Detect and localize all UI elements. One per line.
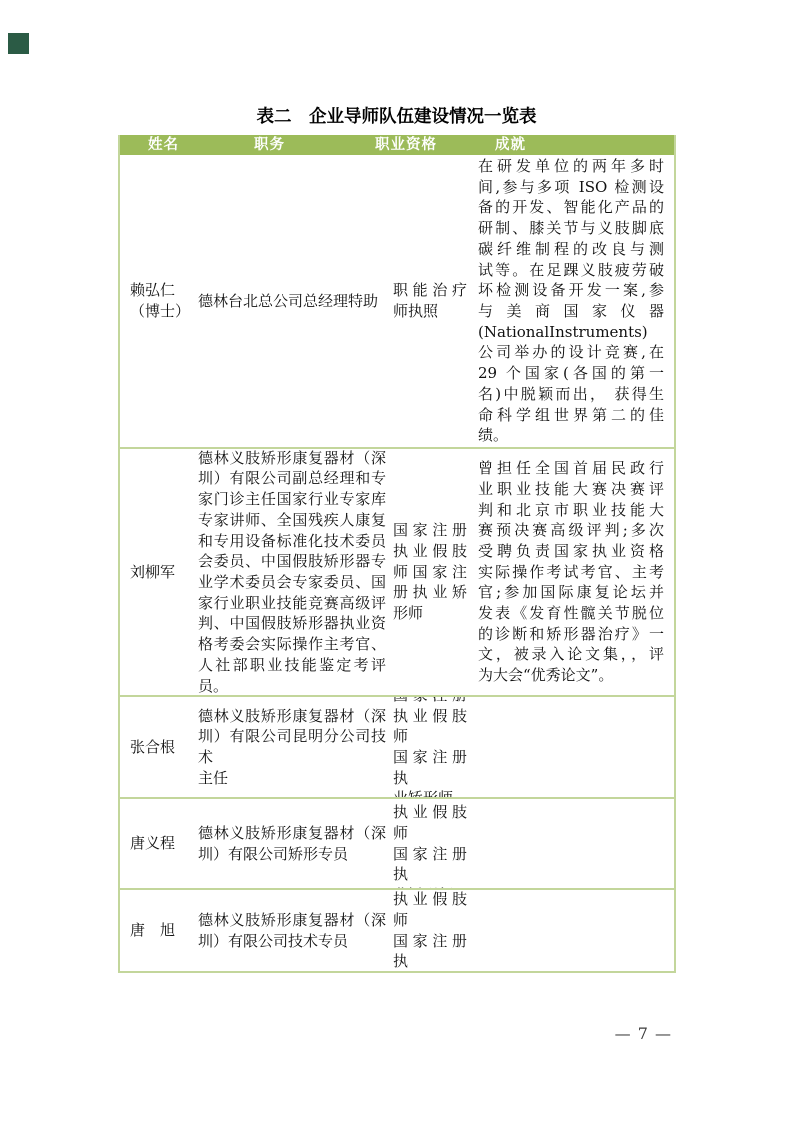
cell-qualification: 国家注册执业假肢师国家注册执业矫形师	[388, 799, 470, 888]
cell-achievement	[470, 697, 674, 797]
cell-qualification: 国家注册执业假肢师国家注册执业矫形师	[388, 697, 470, 797]
corner-decoration-square	[8, 33, 29, 54]
document-page: { "decor": { "corner_square_color": "#2b…	[0, 0, 793, 1122]
table-row: 唐义程 德林义肢矫形康复器材（深圳）有限公司矫形专员 国家注册执业假肢师国家注册…	[120, 797, 674, 888]
cell-name: 刘柳军	[120, 449, 190, 695]
cell-name: 唐 旭	[120, 890, 190, 971]
table-row: 唐 旭 德林义肢矫形康复器材（深圳）有限公司技术专员 国家注册执业假肢师国家注册…	[120, 888, 674, 971]
cell-position: 德林义肢矫形康复器材（深圳）有限公司昆明分公司技术主任	[190, 697, 388, 797]
cell-name: 赖弘仁 （博士）	[120, 155, 190, 447]
table-title: 表二 企业导师队伍建设情况一览表	[0, 103, 793, 128]
column-header-achievement: 成就	[495, 135, 526, 155]
cell-position: 德林义肢矫形康复器材（深圳）有限公司副总经理和专家门诊主任国家行业专家库专家讲师…	[190, 449, 388, 695]
cell-achievement: 在研发单位的两年多时间,参与多项 ISO 检测设备的开发、智能化产品的研制、膝关…	[470, 155, 674, 447]
mentor-table: 姓名 职务 职业资格 成就 赖弘仁 （博士） 德林台北总公司总经理特助 职能治疗…	[118, 135, 676, 973]
cell-achievement	[470, 799, 674, 888]
column-header-name: 姓名	[148, 135, 179, 155]
table-row: 张合根 德林义肢矫形康复器材（深圳）有限公司昆明分公司技术主任 国家注册执业假肢…	[120, 695, 674, 797]
page-number: — 7 —	[0, 1024, 672, 1043]
cell-qualification: 国家注册执业假肢师国家注册执业矫形师	[388, 890, 470, 971]
cell-achievement: 曾担任全国首届民政行业职业技能大赛决赛评判和北京市职业技能大赛预决赛高级评判;多…	[470, 449, 674, 695]
table-row: 刘柳军 德林义肢矫形康复器材（深圳）有限公司副总经理和专家门诊主任国家行业专家库…	[120, 447, 674, 695]
cell-achievement	[470, 890, 674, 971]
column-header-position: 职务	[254, 135, 285, 155]
cell-qualification: 职能治疗师执照	[388, 155, 470, 447]
cell-name: 唐义程	[120, 799, 190, 888]
table-row: 赖弘仁 （博士） 德林台北总公司总经理特助 职能治疗师执照 在研发单位的两年多时…	[120, 155, 674, 447]
cell-position: 德林义肢矫形康复器材（深圳）有限公司矫形专员	[190, 799, 388, 888]
table-header-row: 姓名 职务 职业资格 成就	[120, 135, 674, 155]
column-header-qualification: 职业资格	[375, 135, 437, 155]
cell-name: 张合根	[120, 697, 190, 797]
cell-qualification: 国家注册执业假肢师国家注册执业矫形师	[388, 449, 470, 695]
cell-position: 德林义肢矫形康复器材（深圳）有限公司技术专员	[190, 890, 388, 971]
cell-position: 德林台北总公司总经理特助	[190, 155, 388, 447]
